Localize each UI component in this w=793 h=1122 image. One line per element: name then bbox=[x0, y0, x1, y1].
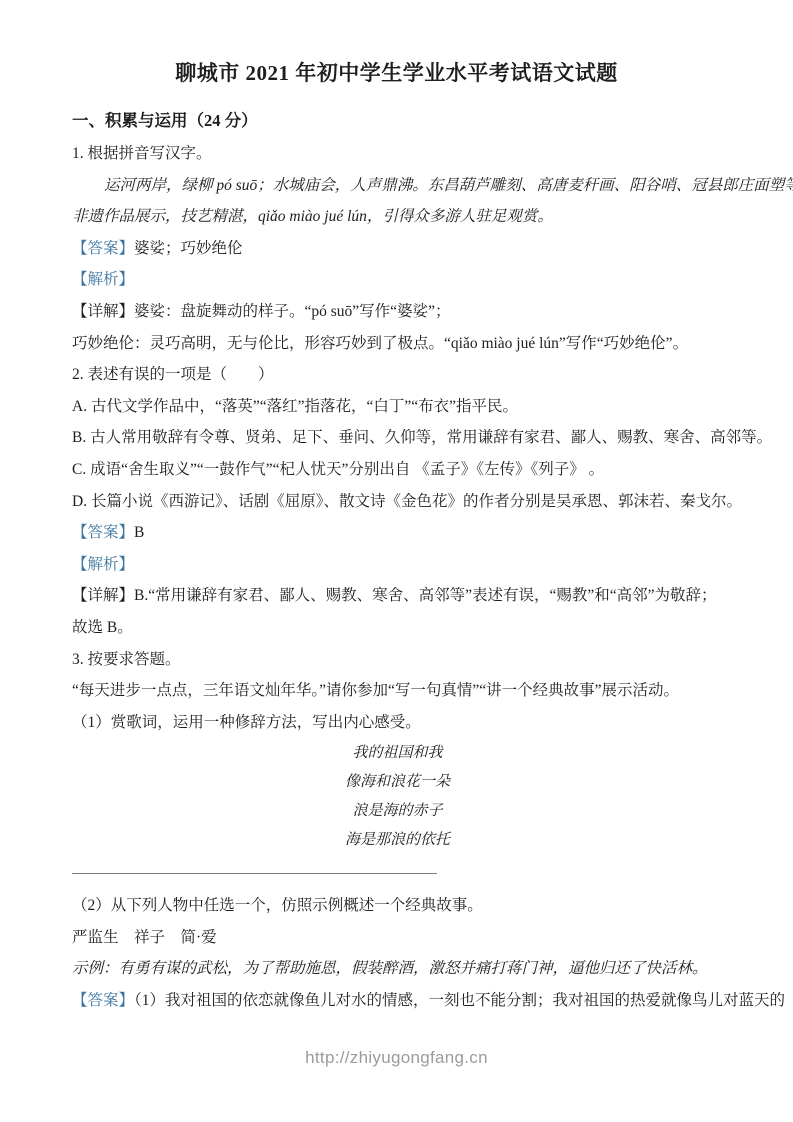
q2-stem: 2. 表述有误的一项是（ ） bbox=[72, 359, 723, 391]
page-title: 聊城市 2021 年初中学生学业水平考试语文试题 bbox=[0, 58, 793, 88]
q3-sub1: （1）赏歌词，运用一种修辞方法，写出内心感受。 bbox=[72, 707, 723, 739]
q2-option-d: D. 长篇小说《西游记》、话剧《屈原》、散文诗《金色花》的作者分别是吴承恩、郭沫… bbox=[72, 486, 723, 518]
q1-answer-label: 【答案】 bbox=[72, 240, 134, 257]
q2-answer-line: 【答案】B bbox=[72, 517, 723, 549]
q1-answer-text: 婆娑；巧妙绝伦 bbox=[134, 240, 243, 257]
q1-detail-line2: 巧妙绝伦：灵巧高明，无与伦比，形容巧妙到了极点。“qiǎo miào jué l… bbox=[72, 328, 723, 360]
q2-detail-label: 【详解】 bbox=[72, 587, 134, 604]
q3-character-names: 严监生 祥子 简·爱 bbox=[72, 922, 723, 954]
q3-example: 示例：有勇有谋的武松，为了帮助施恩，假装醉酒，激怒并痛打蒋门神，逼他归还了快活林… bbox=[72, 953, 723, 985]
q1-analysis-label: 【解析】 bbox=[72, 271, 134, 288]
q3-sub2: （2）从下列人物中任选一个，仿照示例概述一个经典故事。 bbox=[72, 890, 723, 922]
questions-block: 1. 根据拼音写汉字。 运河两岸，绿柳 pó suō；水城庙会，人声鼎沸。东昌葫… bbox=[72, 138, 723, 738]
q3-intro: “每天进步一点点，三年语文灿年华。”请你参加“写一句真情”“讲一个经典故事”展示… bbox=[72, 675, 723, 707]
q2-detail-text1: B.“常用谦辞有家君、鄙人、赐教、寒舍、高邻等”表述有误，“赐教”和“高邻”为敬… bbox=[134, 587, 717, 604]
document-body: 一、积累与运用（24 分） 1. 根据拼音写汉字。 运河两岸，绿柳 pó suō… bbox=[0, 109, 793, 1017]
q3-answer-line: 【答案】（1）我对祖国的依恋就像鱼儿对水的情感，一刻也不能分割；我对祖国的热爱就… bbox=[72, 985, 723, 1017]
q2-detail-line1: 【详解】B.“常用谦辞有家君、鄙人、赐教、寒舍、高邻等”表述有误，“赐教”和“高… bbox=[72, 580, 723, 612]
answer-blank-line bbox=[72, 873, 437, 874]
q1-analysis-line: 【解析】 bbox=[72, 264, 723, 296]
q1-detail-text1: 婆娑：盘旋舞动的样子。“pó suō”写作“婆娑”； bbox=[134, 303, 450, 320]
song-lyrics: 我的祖国和我 像海和浪花一朵 浪是海的赤子 海是那浪的依托 bbox=[72, 739, 723, 855]
q1-detail-label: 【详解】 bbox=[72, 303, 134, 320]
section-heading: 一、积累与运用（24 分） bbox=[72, 109, 723, 133]
lyric-line-2: 像海和浪花一朵 bbox=[72, 768, 723, 797]
q1-passage-line1: 运河两岸，绿柳 pó suō；水城庙会，人声鼎沸。东昌葫芦雕刻、高唐麦秆画、阳谷… bbox=[72, 170, 723, 202]
q2-option-b: B. 古人常用敬辞有令尊、贤弟、足下、垂问、久仰等，常用谦辞有家君、鄙人、赐教、… bbox=[72, 422, 723, 454]
q2-answer-text: B bbox=[134, 524, 144, 541]
watermark-url: http://zhiyugongfang.cn bbox=[0, 1048, 793, 1068]
q1-answer-line: 【答案】婆娑；巧妙绝伦 bbox=[72, 233, 723, 265]
q2-analysis-line: 【解析】 bbox=[72, 549, 723, 581]
q3-stem: 3. 按要求答题。 bbox=[72, 644, 723, 676]
lyric-line-3: 浪是海的赤子 bbox=[72, 797, 723, 826]
q1-passage-line2: 非遗作品展示，技艺精湛，qiǎo miào jué lún，引得众多游人驻足观赏… bbox=[72, 201, 723, 233]
lyric-line-4: 海是那浪的依托 bbox=[72, 826, 723, 855]
q2-analysis-label: 【解析】 bbox=[72, 556, 134, 573]
q1-detail-line1: 【详解】婆娑：盘旋舞动的样子。“pó suō”写作“婆娑”； bbox=[72, 296, 723, 328]
q3-part2-block: （2）从下列人物中任选一个，仿照示例概述一个经典故事。 严监生 祥子 简·爱 示… bbox=[72, 890, 723, 1016]
q2-option-a: A. 古代文学作品中，“落英”“落红”指落花，“白丁”“布衣”指平民。 bbox=[72, 391, 723, 423]
q3-answer-text: （1）我对祖国的依恋就像鱼儿对水的情感，一刻也不能分割；我对祖国的热爱就像鸟儿对… bbox=[134, 992, 785, 1009]
q3-answer-label: 【答案】 bbox=[72, 992, 134, 1009]
q2-answer-label: 【答案】 bbox=[72, 524, 134, 541]
q2-detail-line2: 故选 B。 bbox=[72, 612, 723, 644]
q1-stem: 1. 根据拼音写汉字。 bbox=[72, 138, 723, 170]
exam-document-page: 聊城市 2021 年初中学生学业水平考试语文试题 一、积累与运用（24 分） 1… bbox=[0, 0, 793, 1122]
lyric-line-1: 我的祖国和我 bbox=[72, 739, 723, 768]
q2-option-c: C. 成语“舍生取义”“一鼓作气”“杞人忧天”分别出自 《孟子》《左传》《列子》… bbox=[72, 454, 723, 486]
